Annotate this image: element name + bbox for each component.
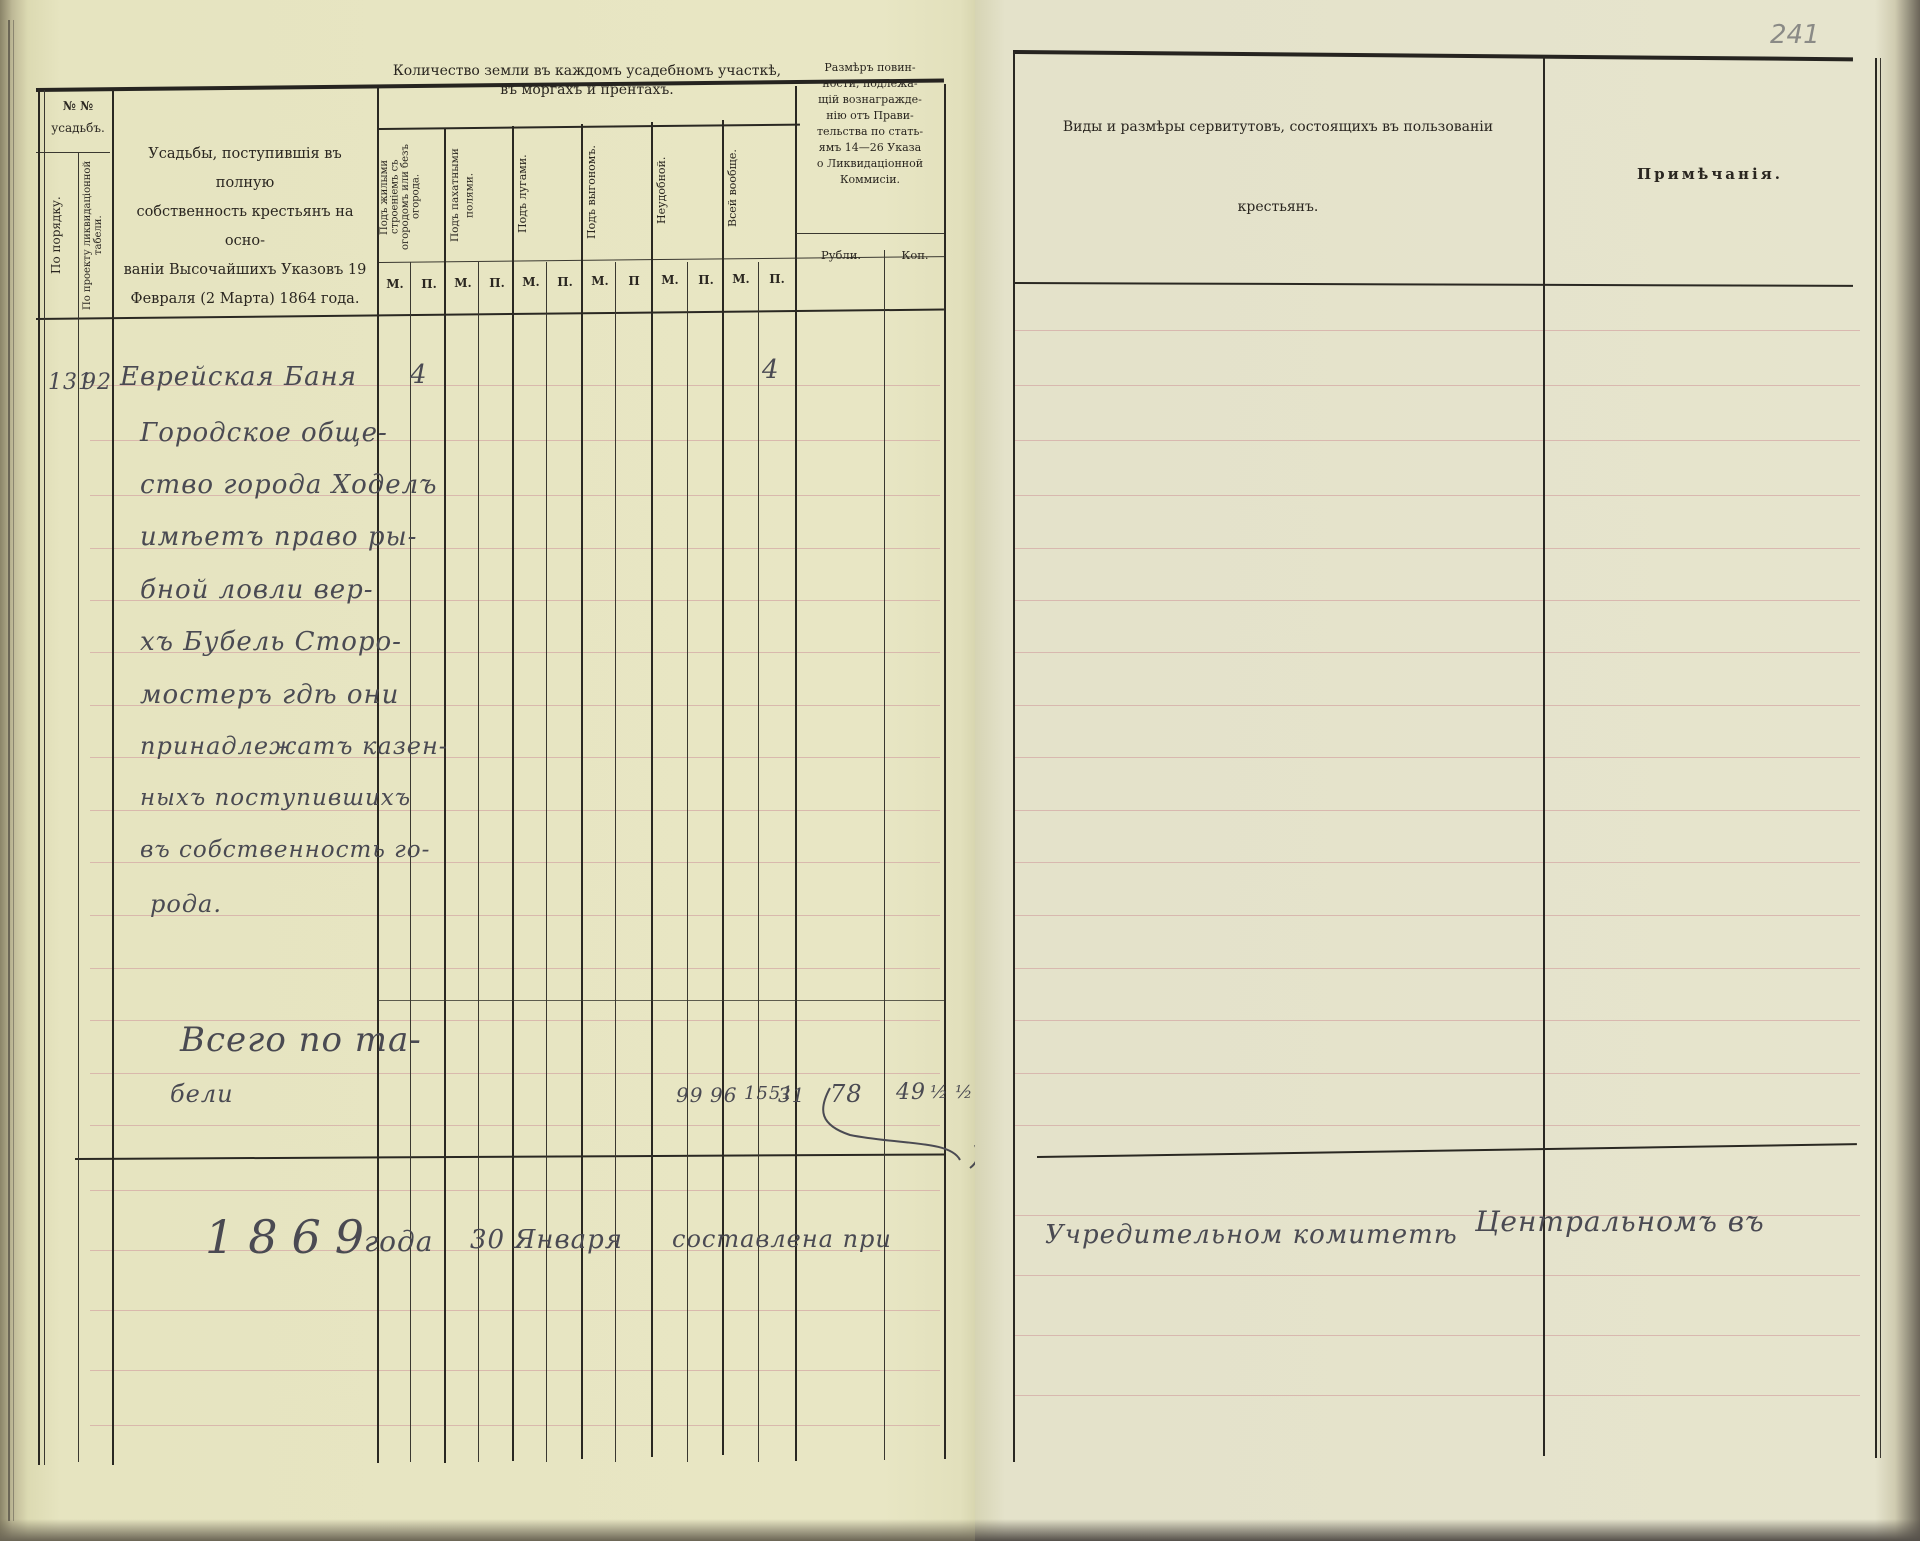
col-unusable-label: Неудобной. — [655, 128, 717, 252]
entry-dwellings-prenty: 4 — [410, 360, 428, 390]
morgi-label: М. — [724, 271, 758, 287]
footer-year-suffix: года — [364, 1225, 433, 1258]
ruled-line — [1015, 385, 1860, 386]
col-divider — [581, 124, 583, 1459]
estate-numbers-title: № № — [44, 98, 112, 114]
servitudes-header-line1: Виды и размѣры сервитутовъ, состоящихъ в… — [1015, 118, 1541, 137]
col-divider — [615, 262, 616, 1462]
entry-total-prenty: 4 — [762, 355, 780, 385]
footer-date: 30 Января — [470, 1225, 623, 1255]
ruled-line — [90, 1190, 940, 1191]
page-number: 241 — [1770, 20, 1820, 50]
kopecks-label: Коп. — [886, 248, 944, 264]
morgi-label: М. — [514, 274, 548, 290]
ruled-line — [1015, 330, 1860, 331]
ruled-line — [1015, 862, 1860, 863]
col-project-label: По проекту ликвидаціонной табели. — [82, 160, 110, 310]
footer-year: 1869 — [205, 1210, 378, 1264]
col-divider — [78, 152, 79, 1462]
ruled-line — [90, 968, 940, 969]
col-divider — [687, 262, 688, 1462]
ruled-line — [1015, 1125, 1860, 1126]
col-meadows-label: Подъ лугами. — [516, 132, 578, 256]
book-binding-edge — [8, 20, 14, 1521]
col-dwellings-label: Подъ жилыми строеніемъ съ огородомъ или … — [380, 136, 442, 258]
footer-central: Центральномъ въ — [1475, 1205, 1765, 1238]
col-total-label: Всей вообще. — [726, 126, 790, 250]
entry-project-number: 92 — [82, 370, 112, 395]
table-right-border-inner — [1880, 58, 1881, 1458]
right-page: Виды и размѣры сервитутовъ, состоящихъ в… — [975, 0, 1920, 1541]
total-label-line2: бели — [170, 1080, 234, 1108]
col-divider — [722, 120, 724, 1455]
total-bottom-border — [1037, 1143, 1857, 1158]
ruled-line — [1015, 1020, 1860, 1021]
ruled-line — [1015, 548, 1860, 549]
obligation-header: Размѣръ повин- ности, подлежа- щій возна… — [798, 60, 942, 188]
prenty-label: П. — [412, 276, 446, 292]
prenty-label: П — [617, 273, 651, 289]
ruled-line — [1015, 705, 1860, 706]
col-pasture-label: Подъ выгономъ. — [585, 130, 647, 254]
col-divider — [112, 90, 114, 1465]
left-page: № № усадьбъ. По порядку. По проекту ликв… — [0, 0, 975, 1541]
col-divider — [444, 128, 446, 1463]
table-right-border — [1875, 58, 1877, 1458]
estates-description-header: Усадьбы, поступившія въ полную собственн… — [118, 140, 372, 314]
ruled-line — [90, 1425, 940, 1426]
col-divider — [758, 262, 759, 1462]
estate-numbers-subtitle: усадьбъ. — [44, 120, 112, 136]
servitudes-header-line2: крестьянъ. — [1015, 198, 1541, 217]
footer-committee: Учредительном комитетѣ — [1045, 1220, 1458, 1250]
ruled-line — [1015, 600, 1860, 601]
remarks-header: Примѣчанія. — [1547, 164, 1873, 184]
estate-no-divider — [36, 152, 110, 153]
ruled-line — [1015, 495, 1860, 496]
ruled-line — [1015, 968, 1860, 969]
total-top-line — [378, 1000, 944, 1001]
table-left-border-inner — [44, 90, 45, 1465]
ruled-line — [1015, 1073, 1860, 1074]
prenty-label: П. — [689, 272, 723, 288]
col-divider — [478, 262, 479, 1462]
col-arable-label: Подъ пахатными полями. — [448, 134, 510, 256]
ruled-line — [1015, 652, 1860, 653]
col-divider — [795, 86, 797, 1461]
ruled-line — [90, 1073, 940, 1074]
morgi-label: М. — [378, 276, 412, 292]
ruled-line — [1015, 1395, 1860, 1396]
prenty-label: П. — [548, 274, 582, 290]
col-divider — [512, 126, 514, 1461]
ruled-line — [90, 1310, 940, 1311]
total-label-line1: Всего по та- — [180, 1020, 422, 1060]
col-order-label: По порядку. — [48, 160, 74, 310]
morgi-label: М. — [583, 273, 617, 289]
table-left-border — [38, 90, 40, 1465]
morgi-label: М. — [446, 275, 480, 291]
ruled-line — [1015, 1275, 1860, 1276]
land-quantity-title: Количество земли въ каждомъ усадебномъ у… — [380, 62, 794, 100]
morgi-label: М. — [653, 272, 687, 288]
ruled-line — [1015, 757, 1860, 758]
table-right-border — [944, 84, 946, 1459]
table-left-border — [1013, 52, 1015, 1462]
col-divider — [884, 250, 885, 1460]
ruled-line — [1015, 1335, 1860, 1336]
table-top-border — [1013, 50, 1853, 61]
col-divider — [1543, 56, 1545, 1456]
handwritten-bracket-stroke — [810, 1080, 990, 1170]
ruled-line — [90, 1370, 940, 1371]
prenty-label: П. — [480, 275, 514, 291]
prenty-label: П. — [760, 271, 794, 287]
obligation-divider — [796, 233, 944, 234]
ruled-line — [1015, 810, 1860, 811]
col-divider — [651, 122, 653, 1457]
header-bottom-border — [1013, 282, 1853, 287]
footer-compiled: составлена при — [672, 1225, 892, 1253]
col-divider — [546, 262, 547, 1462]
ruled-line — [1015, 915, 1860, 916]
rubles-label: Рубли. — [798, 248, 884, 264]
ruled-line — [1015, 440, 1860, 441]
